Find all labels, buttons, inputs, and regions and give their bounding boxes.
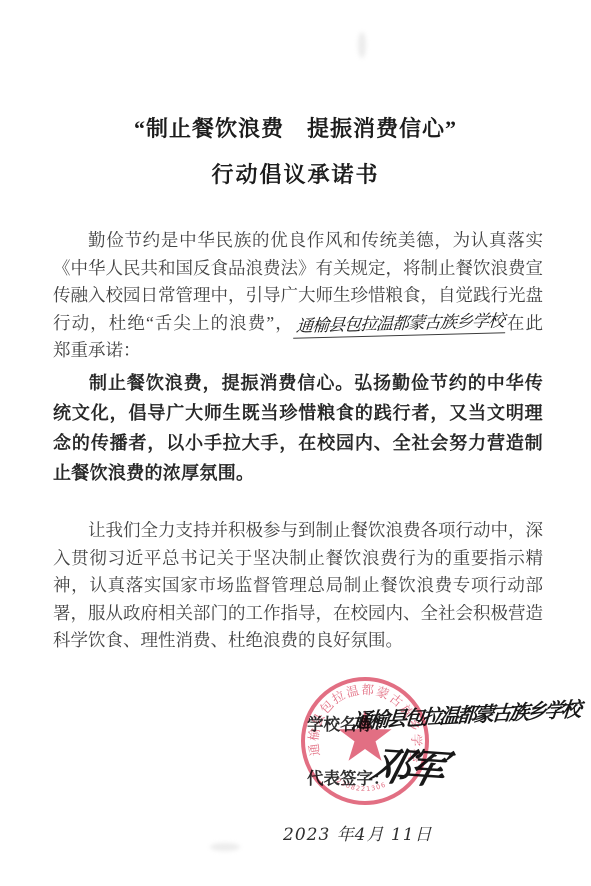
paragraph-commitment: 制止餐饮浪费，提振消费信心。弘扬勤俭节约的中华传统文化，倡导广大师生既当珍惜粮食… xyxy=(53,368,543,488)
document-title-slogan: “制止餐饮浪费 提振消费信心” xyxy=(0,112,591,143)
scan-artifact xyxy=(210,843,240,851)
paragraph-action: 让我们全力支持并积极参与到制止餐饮浪费各项行动中，深入贯彻习近平总书记关于坚决制… xyxy=(53,517,543,655)
date-line: 2023 年4月 11日 xyxy=(283,820,433,845)
representative-signature: 邓军 xyxy=(365,734,447,795)
handwritten-school-name: 通榆县包拉温都蒙古族乡学校 xyxy=(351,693,581,734)
scanned-commitment-letter: “制止餐饮浪费 提振消费信心” 行动倡议承诺书 勤俭节约是中华民族的优良作风和传… xyxy=(0,0,591,886)
scan-artifact xyxy=(358,32,366,58)
handwritten-school-name-inline: 通榆县包拉温都蒙古族乡学校 xyxy=(293,311,507,339)
paragraph-opening: 勤俭节约是中华民族的优良作风和传统美德，为认真落实《中华人民共和国反食品浪费法》… xyxy=(53,227,543,365)
document-title-type: 行动倡议承诺书 xyxy=(0,158,591,189)
